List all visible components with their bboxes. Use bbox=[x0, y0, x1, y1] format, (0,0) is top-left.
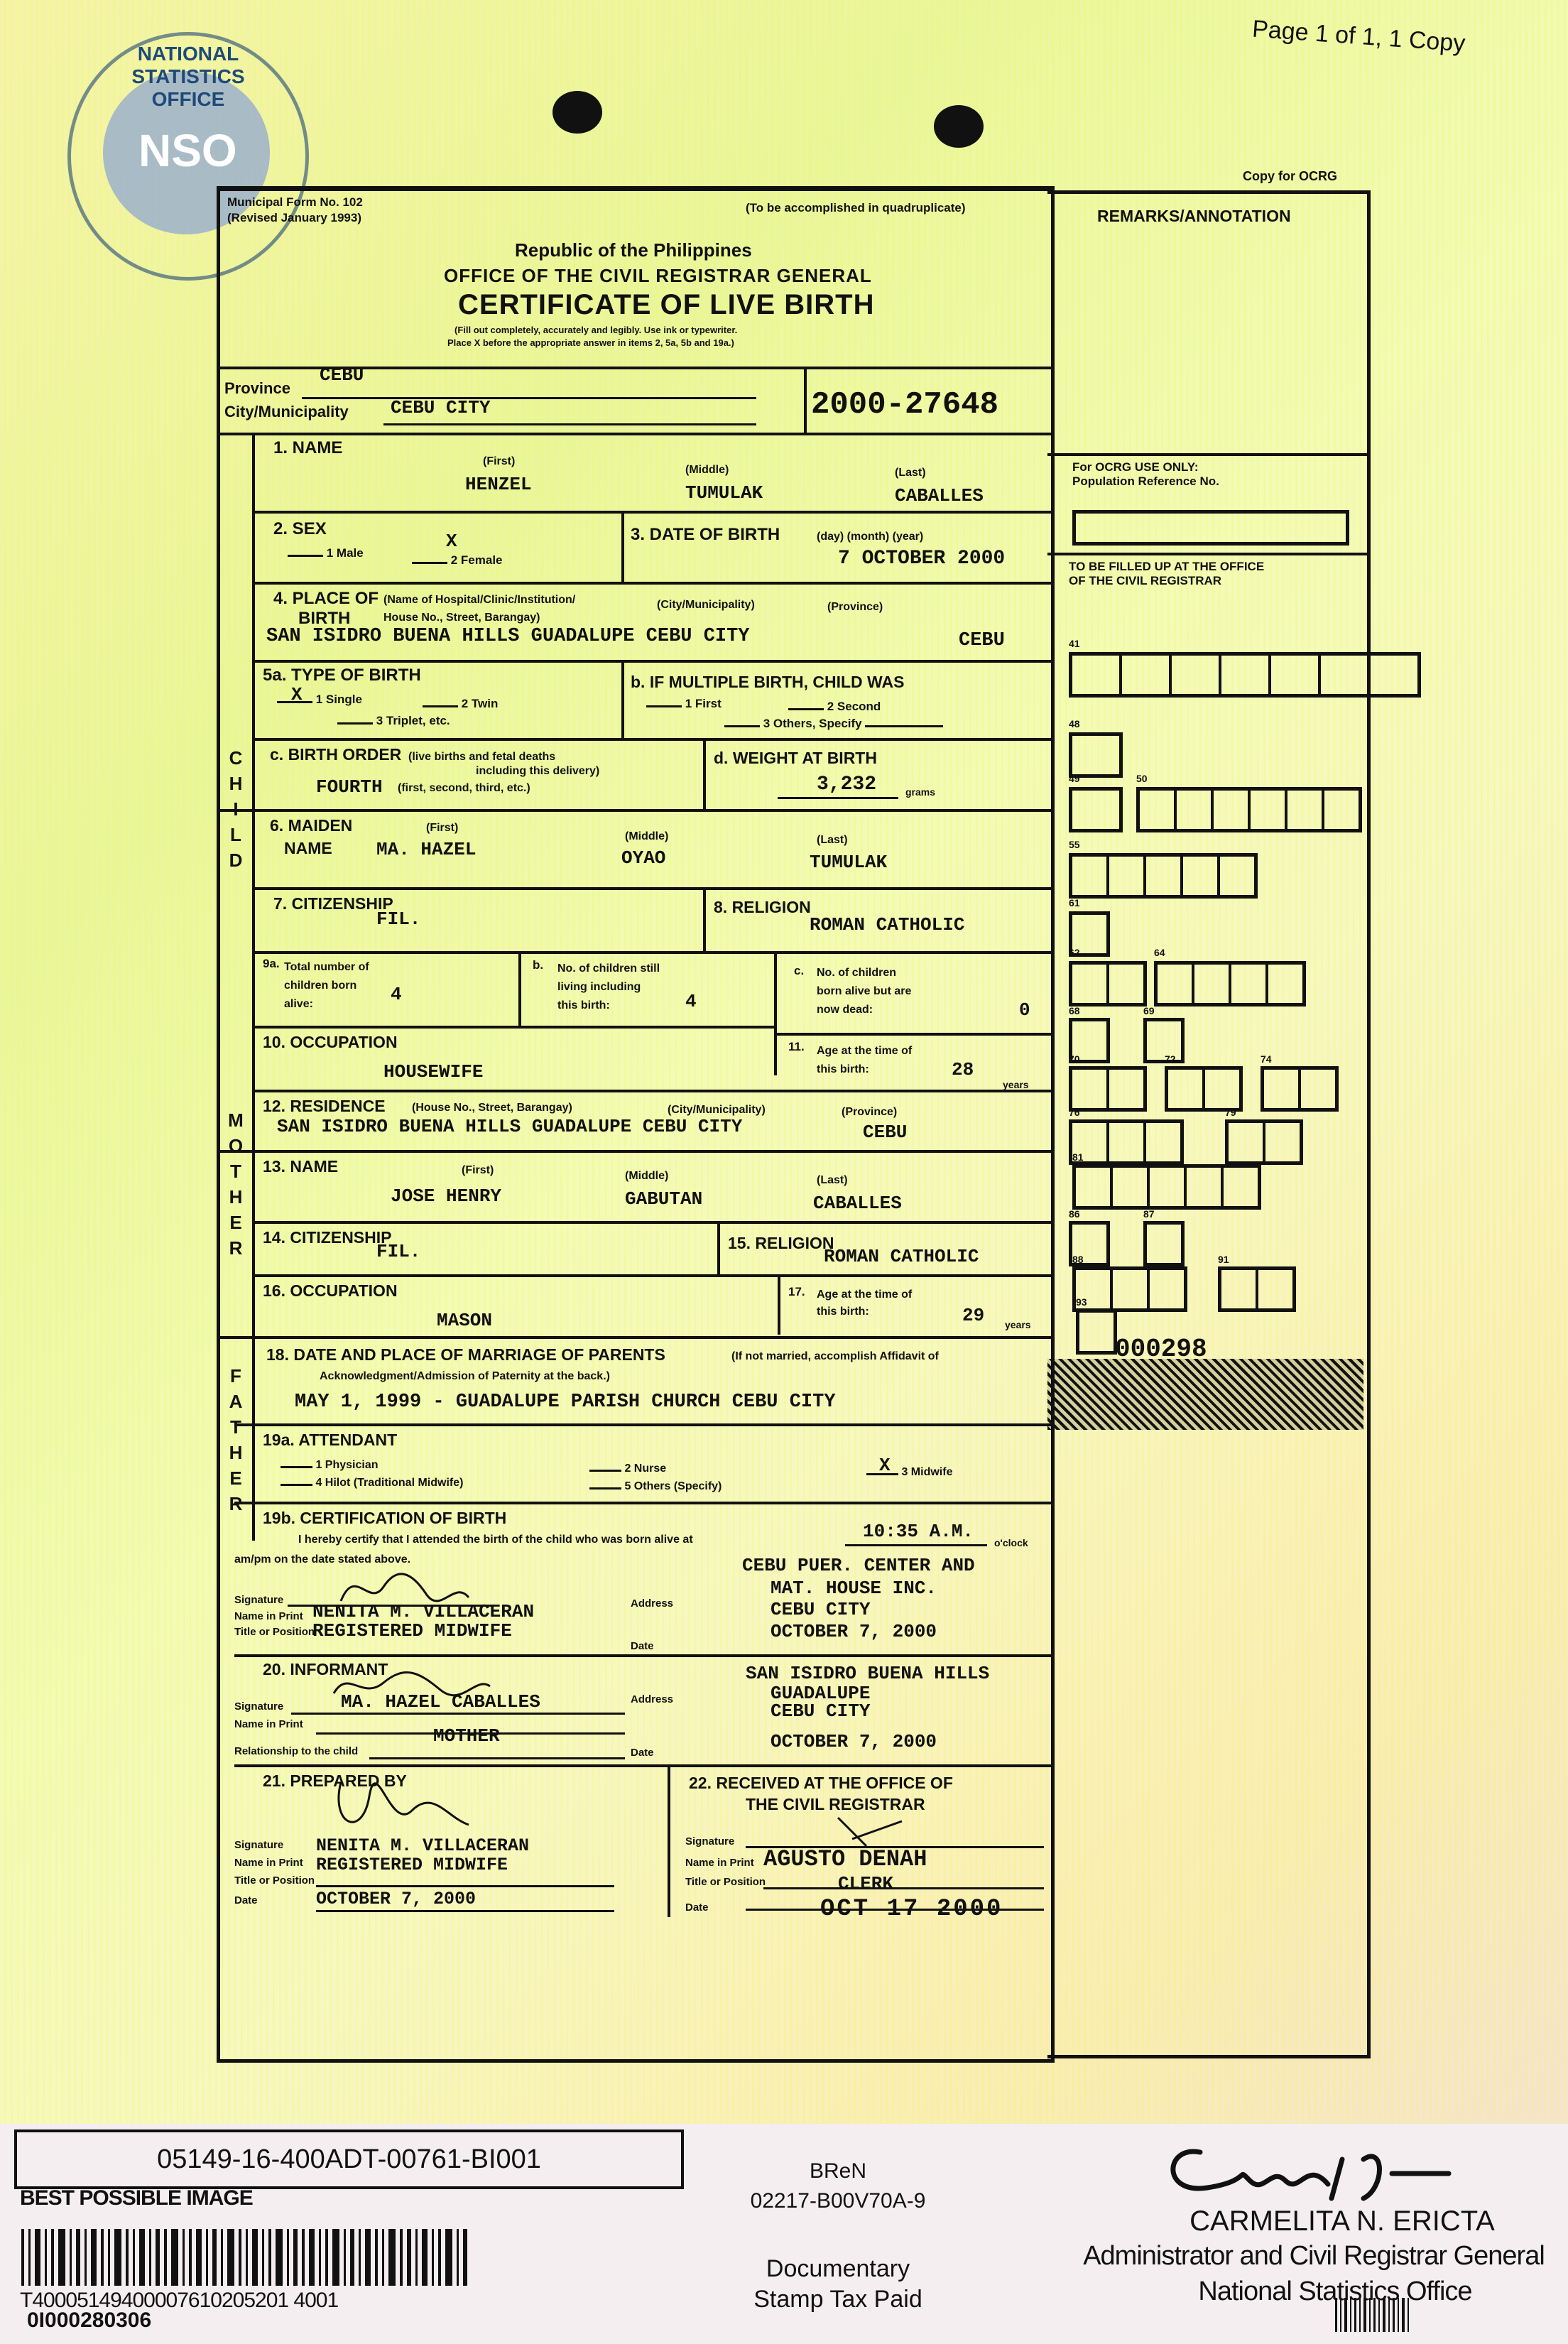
code-55-label: 55 bbox=[1069, 839, 1080, 850]
code-64-boxes[interactable] bbox=[1154, 961, 1306, 1006]
cert-date-label: Date bbox=[631, 1640, 654, 1652]
dob-label: 3. DATE OF BIRTH bbox=[631, 525, 780, 545]
received-name-label: Name in Print bbox=[685, 1857, 754, 1869]
total-children-label: Total number of children born alive: bbox=[284, 958, 376, 1014]
father-occupation: MASON bbox=[437, 1310, 492, 1331]
cert-address-3: CEBU CITY bbox=[771, 1599, 870, 1620]
multiple-second-option: 2 Second bbox=[827, 700, 881, 713]
last-header: (Last) bbox=[895, 467, 926, 479]
attendant-nurse: 2 Nurse bbox=[624, 1463, 666, 1475]
birth-order-label: c. BIRTH ORDER bbox=[270, 745, 401, 764]
form-revised: (Revised January 1993) bbox=[227, 211, 361, 225]
father-citizenship: FIL. bbox=[376, 1241, 420, 1262]
code-64-label: 64 bbox=[1154, 947, 1165, 958]
attendant-label: 19a. ATTENDANT bbox=[263, 1431, 397, 1450]
type-triplet-option: 3 Triplet, etc. bbox=[376, 714, 450, 727]
first-header: (First) bbox=[483, 455, 515, 468]
prepared-title: REGISTERED MIDWIFE bbox=[316, 1855, 508, 1875]
remarks-column: REMARKS/ANNOTATION For OCRG USE ONLY: Po… bbox=[1047, 190, 1371, 2058]
mother-last-header: (Last) bbox=[817, 834, 848, 847]
code-50-label: 50 bbox=[1136, 773, 1148, 784]
mother-age-num: 11. bbox=[788, 1040, 805, 1054]
prepared-name: NENITA M. VILLACERAN bbox=[316, 1835, 529, 1856]
footer-barcode-small bbox=[1335, 2298, 1412, 2332]
informant-address-3: CEBU CITY bbox=[771, 1700, 870, 1722]
living-children-value: 4 bbox=[685, 991, 697, 1012]
code-87-boxes[interactable] bbox=[1143, 1221, 1185, 1266]
prepared-signature-label: Signature bbox=[234, 1839, 283, 1851]
fill-note: TO BE FILLED UP AT THE OFFICE OF THE CIV… bbox=[1069, 560, 1282, 588]
type-twin-option: 2 Twin bbox=[462, 697, 499, 710]
accomplish-note: (To be accomplished in quadruplicate) bbox=[746, 201, 966, 215]
father-section-label: FATHER bbox=[222, 1363, 250, 1516]
multiple-first-option: 1 First bbox=[685, 697, 722, 710]
ocrg-use-label: For OCRG USE ONLY: bbox=[1072, 460, 1199, 474]
mother-section-label: MOTHER bbox=[222, 1107, 250, 1261]
punch-hole-right bbox=[934, 105, 984, 148]
code-61-label: 61 bbox=[1069, 897, 1080, 908]
father-middle-header: (Middle) bbox=[625, 1170, 668, 1183]
punch-hole-left bbox=[552, 91, 602, 134]
received-date-label: Date bbox=[685, 1901, 709, 1914]
mother-middle-header: (Middle) bbox=[625, 830, 668, 843]
cert-address-2: MAT. HOUSE INC. bbox=[771, 1578, 937, 1599]
cert-address-1: CEBU PUER. CENTER AND bbox=[742, 1555, 975, 1576]
father-religion: ROMAN CATHOLIC bbox=[824, 1246, 979, 1267]
copy-for-label: Copy for OCRG bbox=[1243, 169, 1337, 184]
preparer-signature bbox=[327, 1768, 483, 1846]
prepared-name-label: Name in Print bbox=[234, 1857, 303, 1869]
stamp-smudge bbox=[1047, 1359, 1363, 1430]
remarks-title: REMARKS/ANNOTATION bbox=[1097, 207, 1291, 226]
maiden-name-label: 6. MAIDEN bbox=[270, 816, 352, 835]
reference-number: 05149-16-400ADT-00761-BI001 bbox=[17, 2132, 681, 2186]
father-last-header: (Last) bbox=[817, 1174, 848, 1187]
pob-province: CEBU bbox=[959, 630, 1005, 651]
republic-label: Republic of the Philippines bbox=[515, 239, 752, 261]
attendant-midwife: 3 Midwife bbox=[901, 1466, 952, 1478]
code-50-boxes[interactable] bbox=[1136, 787, 1362, 832]
mother-first-header: (First) bbox=[426, 822, 458, 835]
pob-header-city: (City/Municipality) bbox=[657, 599, 755, 612]
informant-date: OCTOBER 7, 2000 bbox=[771, 1731, 937, 1752]
weight-unit: grams bbox=[905, 786, 935, 798]
code-55-boxes[interactable] bbox=[1069, 853, 1258, 899]
birth-certificate-form: Municipal Form No. 102 (Revised January … bbox=[217, 186, 1055, 2063]
birth-order-note-3: (first, second, third, etc.) bbox=[398, 782, 530, 795]
stamp-tax-line-1: Documentary bbox=[724, 2255, 952, 2283]
mother-age-label: Age at the time of this birth: bbox=[817, 1042, 916, 1079]
registrar-general-signature bbox=[1150, 2131, 1491, 2209]
code-86-label: 86 bbox=[1069, 1208, 1080, 1220]
father-age-num: 17. bbox=[788, 1285, 805, 1299]
weight-label: d. WEIGHT AT BIRTH bbox=[714, 749, 877, 768]
marriage-label: 18. DATE AND PLACE OF MARRIAGE OF PARENT… bbox=[266, 1345, 665, 1364]
city-value: CEBU CITY bbox=[391, 397, 490, 418]
code-88-label: 88 bbox=[1072, 1254, 1084, 1265]
code-91-boxes[interactable] bbox=[1218, 1266, 1296, 1312]
informant-name-label: Name in Print bbox=[234, 1718, 303, 1730]
code-72-boxes[interactable] bbox=[1165, 1066, 1243, 1112]
registry-number: 2000-27648 bbox=[811, 387, 998, 423]
informant-date-label: Date bbox=[631, 1747, 654, 1759]
father-first-header: (First) bbox=[462, 1164, 494, 1177]
document-title: CERTIFICATE OF LIVE BIRTH bbox=[458, 289, 874, 321]
barcode bbox=[21, 2229, 472, 2286]
mother-age-value: 28 bbox=[952, 1059, 974, 1080]
province-label: Province bbox=[224, 379, 290, 398]
father-age-unit: years bbox=[1005, 1319, 1031, 1330]
informant-relationship-label: Relationship to the child bbox=[234, 1745, 358, 1757]
type-single-option: 1 Single bbox=[316, 693, 362, 706]
received-signature-label: Signature bbox=[685, 1835, 734, 1847]
cert-title-label: Title or Position bbox=[234, 1626, 315, 1638]
marriage-value: MAY 1, 1999 - GUADALUPE PARISH CHURCH CE… bbox=[295, 1391, 836, 1413]
sex-mark: X bbox=[446, 531, 457, 552]
received-title-label: Title or Position bbox=[685, 1876, 766, 1888]
sex-female-option: 2 Female bbox=[451, 553, 503, 567]
attendant-hilot: 4 Hilot (Traditional Midwife) bbox=[315, 1477, 463, 1489]
code-88-boxes[interactable] bbox=[1072, 1266, 1187, 1312]
mother-occupation-label: 10. OCCUPATION bbox=[263, 1033, 398, 1052]
code-68-label: 68 bbox=[1069, 1005, 1080, 1016]
code-62-boxes[interactable] bbox=[1069, 961, 1147, 1006]
population-ref-label: Population Reference No. bbox=[1072, 474, 1219, 489]
mother-citizenship-label: 7. CITIZENSHIP bbox=[273, 894, 393, 913]
multiple-others-option: 3 Others, Specify bbox=[763, 717, 862, 730]
father-name-label: 13. NAME bbox=[263, 1157, 338, 1176]
residence-header: (House No., Street, Barangay) bbox=[412, 1102, 572, 1114]
father-middle-name: GABUTAN bbox=[625, 1188, 702, 1210]
instructions-line-1: (Fill out completely, accurately and leg… bbox=[454, 325, 737, 335]
prepared-title-label: Title or Position bbox=[234, 1874, 315, 1887]
code-81-label: 81 bbox=[1072, 1151, 1084, 1163]
stamp-number: 000298 bbox=[1115, 1335, 1207, 1364]
child-last-name: CABALLES bbox=[895, 485, 984, 506]
birth-order-value: FOURTH bbox=[316, 776, 383, 798]
code-74-label: 74 bbox=[1261, 1053, 1272, 1065]
father-last-name: CABALLES bbox=[813, 1193, 902, 1214]
residence-header-province: (Province) bbox=[842, 1106, 897, 1119]
code-49-boxes[interactable] bbox=[1069, 787, 1123, 832]
instructions-line-2: Place X before the appropriate answer in… bbox=[447, 337, 734, 348]
prepared-date-label: Date bbox=[234, 1894, 258, 1906]
mother-last-name: TUMULAK bbox=[810, 852, 887, 873]
pob-header-2: House No., Street, Barangay) bbox=[383, 612, 540, 624]
page-marker: Page 1 of 1, 1 Copy bbox=[1251, 16, 1466, 58]
residence-label: 12. RESIDENCE bbox=[263, 1097, 386, 1116]
child-name-label: 1. NAME bbox=[273, 438, 342, 458]
mother-citizenship: FIL. bbox=[376, 908, 420, 930]
marriage-note-2: Acknowledgment/Admission of Paternity at… bbox=[320, 1370, 610, 1383]
pob-label: 4. PLACE OF bbox=[273, 589, 379, 609]
father-citizenship-label: 14. CITIZENSHIP bbox=[263, 1228, 391, 1247]
total-children-num: 9a. bbox=[263, 957, 280, 971]
barcode-subtext: 0I000280306 bbox=[27, 2308, 151, 2333]
informant-name: MA. HAZEL CABALLES bbox=[341, 1691, 540, 1713]
cert-name-label: Name in Print bbox=[234, 1610, 303, 1622]
pob-header-province: (Province) bbox=[827, 601, 883, 614]
living-children-letter: b. bbox=[533, 958, 543, 972]
code-69-boxes[interactable] bbox=[1143, 1018, 1185, 1063]
seal-text: NATIONAL STATISTICS OFFICE bbox=[121, 43, 256, 111]
maiden-name-label-2: NAME bbox=[284, 839, 332, 858]
code-72-label: 72 bbox=[1165, 1053, 1176, 1065]
code-41-boxes[interactable] bbox=[1069, 652, 1421, 698]
province-value: CEBU bbox=[320, 364, 364, 386]
population-ref-box[interactable] bbox=[1072, 510, 1349, 546]
residence-value: SAN ISIDRO BUENA HILLS GUADALUPE CEBU CI… bbox=[277, 1116, 742, 1137]
received-label: 22. RECEIVED AT THE OFFICE OF bbox=[689, 1774, 953, 1793]
code-81-boxes[interactable] bbox=[1072, 1164, 1261, 1210]
best-image-label: BEST POSSIBLE IMAGE bbox=[20, 2186, 253, 2210]
mother-occupation: HOUSEWIFE bbox=[383, 1061, 483, 1083]
father-age-value: 29 bbox=[962, 1305, 984, 1326]
received-title: CLERK bbox=[838, 1873, 893, 1894]
sex-label: 2. SEX bbox=[273, 519, 327, 539]
code-48-label: 48 bbox=[1069, 718, 1080, 729]
code-69-label: 69 bbox=[1143, 1005, 1155, 1016]
residence-header-city: (City/Municipality) bbox=[668, 1104, 766, 1117]
office-label: OFFICE OF THE CIVIL REGISTRAR GENERAL bbox=[444, 265, 872, 287]
birth-order-note-1: (live births and fetal deaths bbox=[408, 751, 555, 764]
code-62-label: 62 bbox=[1069, 947, 1080, 958]
mother-religion: ROMAN CATHOLIC bbox=[810, 914, 964, 935]
code-48-boxes[interactable] bbox=[1069, 732, 1123, 778]
father-age-label: Age at the time of this birth: bbox=[817, 1286, 916, 1320]
total-children-value: 4 bbox=[391, 984, 402, 1005]
father-first-name: JOSE HENRY bbox=[391, 1185, 501, 1207]
pob-value: SAN ISIDRO BUENA HILLS GUADALUPE CEBU CI… bbox=[266, 626, 750, 647]
informant-address-1: SAN ISIDRO BUENA HILLS bbox=[746, 1663, 989, 1684]
dead-children-label: No. of children born alive but are now d… bbox=[817, 964, 923, 1019]
code-74-boxes[interactable] bbox=[1261, 1066, 1339, 1112]
birth-time: 10:35 A.M. bbox=[863, 1521, 974, 1542]
code-49-label: 49 bbox=[1069, 773, 1080, 784]
mother-age-unit: years bbox=[1003, 1079, 1029, 1090]
code-93-boxes[interactable] bbox=[1076, 1309, 1117, 1355]
sex-male-option: 1 Male bbox=[327, 546, 364, 560]
attendant-physician: 1 Physician bbox=[315, 1459, 378, 1471]
father-occupation-label: 16. OCCUPATION bbox=[263, 1281, 398, 1301]
code-70-boxes[interactable] bbox=[1069, 1066, 1147, 1112]
weight-value: 3,232 bbox=[817, 774, 876, 796]
dead-children-value: 0 bbox=[1019, 999, 1030, 1021]
certification-text-1: I hereby certify that I attended the bir… bbox=[298, 1534, 693, 1546]
cert-signature-label: Signature bbox=[234, 1594, 283, 1606]
code-76-boxes[interactable] bbox=[1069, 1119, 1184, 1165]
informant-relationship: MOTHER bbox=[433, 1725, 500, 1747]
cert-date: OCTOBER 7, 2000 bbox=[771, 1621, 937, 1642]
received-name: AGUSTO DENAH bbox=[763, 1846, 927, 1872]
type-of-birth-label: 5a. TYPE OF BIRTH bbox=[263, 666, 421, 685]
stamp-tax-line-2: Stamp Tax Paid bbox=[710, 2286, 966, 2313]
dead-children-letter: c. bbox=[794, 964, 804, 978]
birth-order-note-2: including this delivery) bbox=[476, 765, 599, 778]
child-first-name: HENZEL bbox=[465, 474, 532, 495]
cert-name: NENITA M. VILLACERAN bbox=[312, 1601, 534, 1622]
living-children-label: No. of children still living including t… bbox=[557, 960, 664, 1015]
code-93-label: 93 bbox=[1076, 1296, 1087, 1308]
code-79-boxes[interactable] bbox=[1225, 1119, 1303, 1165]
code-79-label: 79 bbox=[1225, 1107, 1236, 1118]
mother-first-name: MA. HAZEL bbox=[376, 839, 476, 860]
certification-label: 19b. CERTIFICATION OF BIRTH bbox=[263, 1509, 506, 1528]
bren-value: 02217-B00V70A-9 bbox=[724, 2189, 952, 2213]
residence-province: CEBU bbox=[863, 1122, 907, 1143]
informant-signature-label: Signature bbox=[234, 1700, 283, 1713]
multiple-birth-label: b. IF MULTIPLE BIRTH, CHILD WAS bbox=[631, 673, 904, 692]
cert-title: REGISTERED MIDWIFE bbox=[312, 1620, 512, 1642]
cert-address-label: Address bbox=[631, 1597, 673, 1610]
type-mark: X bbox=[291, 684, 303, 705]
code-87-label: 87 bbox=[1143, 1208, 1155, 1220]
form-number: Municipal Form No. 102 bbox=[227, 195, 363, 210]
mother-middle-name: OYAO bbox=[621, 847, 665, 869]
received-date-stamp: OCT 17 2000 bbox=[820, 1896, 1003, 1923]
reference-box: 05149-16-400ADT-00761-BI001 bbox=[14, 2129, 684, 2189]
bren-label: BReN bbox=[767, 2159, 909, 2183]
oclock-label: o'clock bbox=[994, 1537, 1028, 1548]
code-91-label: 91 bbox=[1218, 1254, 1229, 1265]
signatory-title: Administrator and Civil Registrar Genera… bbox=[1065, 2241, 1562, 2272]
city-label: City/Municipality bbox=[224, 403, 349, 421]
dob-header: (day) (month) (year) bbox=[817, 531, 923, 543]
father-religion-label: 15. RELIGION bbox=[728, 1234, 834, 1253]
code-76-label: 76 bbox=[1069, 1107, 1080, 1118]
dob-value: 7 OCTOBER 2000 bbox=[838, 548, 1005, 570]
mother-religion-label: 8. RELIGION bbox=[714, 898, 811, 917]
pob-header-1: (Name of Hospital/Clinic/Institution/ bbox=[383, 594, 575, 607]
informant-address-label: Address bbox=[631, 1693, 673, 1705]
signatory-name: CARMELITA N. ERICTA bbox=[1158, 2205, 1527, 2237]
attendant-mark: X bbox=[879, 1455, 891, 1476]
code-41-label: 41 bbox=[1069, 638, 1080, 649]
seal-initials: NSO bbox=[138, 124, 237, 177]
marriage-note-1: (If not married, accomplish Affidavit of bbox=[731, 1350, 939, 1363]
prepared-date: OCTOBER 7, 2000 bbox=[316, 1889, 476, 1909]
attendant-others: 5 Others (Specify) bbox=[624, 1480, 722, 1492]
child-middle-name: TUMULAK bbox=[685, 482, 763, 504]
middle-header: (Middle) bbox=[685, 464, 729, 477]
code-70-label: 70 bbox=[1069, 1053, 1080, 1065]
